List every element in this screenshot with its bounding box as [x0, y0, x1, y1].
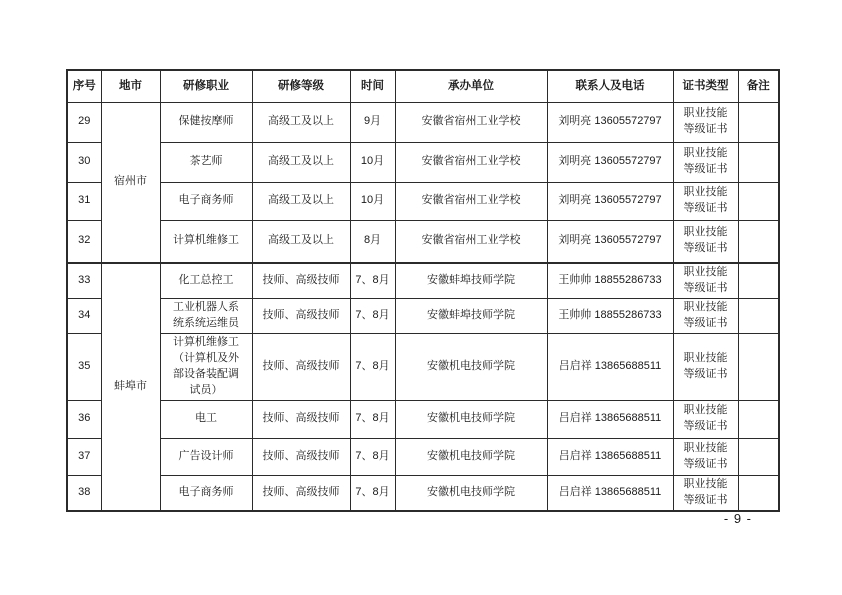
organizer-cell: 安徽省宿州工业学校 [395, 142, 547, 182]
note-cell [738, 220, 779, 263]
table-row: 37广告设计师技师、高级技师7、8月安徽机电技师学院吕启祥 1386568851… [67, 438, 779, 475]
header-note: 备注 [738, 70, 779, 102]
note-cell [738, 263, 779, 298]
contact-cell: 刘明亮 13605572797 [547, 102, 673, 142]
table-row: 36电工技师、高级技师7、8月安徽机电技师学院吕启祥 13865688511职业… [67, 400, 779, 438]
occupation-cell: 电工 [160, 400, 252, 438]
time-cell: 10月 [350, 142, 395, 182]
time-cell: 7、8月 [350, 263, 395, 298]
organizer-cell: 安徽省宿州工业学校 [395, 102, 547, 142]
certificate-type-cell: 职业技能 等级证书 [673, 333, 738, 400]
certificate-type-cell: 职业技能 等级证书 [673, 298, 738, 333]
time-cell: 7、8月 [350, 298, 395, 333]
row-number-cell: 36 [67, 400, 101, 438]
occupation-cell: 计算机维修工 （计算机及外 部设备装配调 试员） [160, 333, 252, 400]
note-cell [738, 438, 779, 475]
note-cell [738, 142, 779, 182]
level-cell: 高级工及以上 [252, 102, 350, 142]
organizer-cell: 安徽省宿州工业学校 [395, 182, 547, 220]
organizer-cell: 安徽机电技师学院 [395, 333, 547, 400]
level-cell: 技师、高级技师 [252, 263, 350, 298]
level-cell: 技师、高级技师 [252, 400, 350, 438]
header-row: 序号 地市 研修职业 研修等级 时间 承办单位 联系人及电话 证书类型 备注 [67, 70, 779, 102]
row-number-cell: 37 [67, 438, 101, 475]
occupation-cell: 计算机维修工 [160, 220, 252, 263]
level-cell: 高级工及以上 [252, 142, 350, 182]
certificate-type-cell: 职业技能 等级证书 [673, 182, 738, 220]
certificate-type-cell: 职业技能 等级证书 [673, 220, 738, 263]
city-cell: 宿州市 [101, 102, 160, 263]
table-header: 序号 地市 研修职业 研修等级 时间 承办单位 联系人及电话 证书类型 备注 [67, 70, 779, 102]
time-cell: 10月 [350, 182, 395, 220]
row-number-cell: 35 [67, 333, 101, 400]
table-row: 33蚌埠市化工总控工技师、高级技师7、8月安徽蚌埠技师学院王帅帅 1885528… [67, 263, 779, 298]
occupation-cell: 化工总控工 [160, 263, 252, 298]
training-schedule-table: 序号 地市 研修职业 研修等级 时间 承办单位 联系人及电话 证书类型 备注 2… [66, 69, 780, 512]
level-cell: 技师、高级技师 [252, 298, 350, 333]
note-cell [738, 333, 779, 400]
certificate-type-cell: 职业技能 等级证书 [673, 475, 738, 510]
table-body: 29宿州市保健按摩师高级工及以上9月安徽省宿州工业学校刘明亮 136055727… [67, 102, 779, 511]
table-row: 30茶艺师高级工及以上10月安徽省宿州工业学校刘明亮 13605572797职业… [67, 142, 779, 182]
time-cell: 7、8月 [350, 400, 395, 438]
header-organizer: 承办单位 [395, 70, 547, 102]
certificate-type-cell: 职业技能 等级证书 [673, 102, 738, 142]
training-schedule-table-wrap: 序号 地市 研修职业 研修等级 时间 承办单位 联系人及电话 证书类型 备注 2… [66, 69, 780, 512]
level-cell: 技师、高级技师 [252, 438, 350, 475]
certificate-type-cell: 职业技能 等级证书 [673, 263, 738, 298]
document-page: 序号 地市 研修职业 研修等级 时间 承办单位 联系人及电话 证书类型 备注 2… [0, 0, 842, 595]
header-time: 时间 [350, 70, 395, 102]
time-cell: 7、8月 [350, 475, 395, 510]
time-cell: 7、8月 [350, 333, 395, 400]
contact-cell: 刘明亮 13605572797 [547, 142, 673, 182]
header-contact: 联系人及电话 [547, 70, 673, 102]
contact-cell: 王帅帅 18855286733 [547, 263, 673, 298]
certificate-type-cell: 职业技能 等级证书 [673, 438, 738, 475]
row-number-cell: 38 [67, 475, 101, 510]
header-level: 研修等级 [252, 70, 350, 102]
header-certificate-type: 证书类型 [673, 70, 738, 102]
note-cell [738, 400, 779, 438]
table-row: 32计算机维修工高级工及以上8月安徽省宿州工业学校刘明亮 13605572797… [67, 220, 779, 263]
certificate-type-cell: 职业技能 等级证书 [673, 400, 738, 438]
occupation-cell: 广告设计师 [160, 438, 252, 475]
occupation-cell: 电子商务师 [160, 475, 252, 510]
occupation-cell: 茶艺师 [160, 142, 252, 182]
table-row: 35计算机维修工 （计算机及外 部设备装配调 试员）技师、高级技师7、8月安徽机… [67, 333, 779, 400]
row-number-cell: 33 [67, 263, 101, 298]
occupation-cell: 工业机器人系 统系统运维员 [160, 298, 252, 333]
note-cell [738, 475, 779, 510]
organizer-cell: 安徽省宿州工业学校 [395, 220, 547, 263]
page-number: - 9 - [724, 511, 752, 526]
organizer-cell: 安徽蚌埠技师学院 [395, 298, 547, 333]
occupation-cell: 电子商务师 [160, 182, 252, 220]
header-city: 地市 [101, 70, 160, 102]
time-cell: 8月 [350, 220, 395, 263]
header-serial-number: 序号 [67, 70, 101, 102]
organizer-cell: 安徽机电技师学院 [395, 438, 547, 475]
row-number-cell: 32 [67, 220, 101, 263]
contact-cell: 刘明亮 13605572797 [547, 182, 673, 220]
organizer-cell: 安徽机电技师学院 [395, 475, 547, 510]
table-row: 34工业机器人系 统系统运维员技师、高级技师7、8月安徽蚌埠技师学院王帅帅 18… [67, 298, 779, 333]
level-cell: 高级工及以上 [252, 182, 350, 220]
row-number-cell: 34 [67, 298, 101, 333]
table-row: 38电子商务师技师、高级技师7、8月安徽机电技师学院吕启祥 1386568851… [67, 475, 779, 510]
row-number-cell: 31 [67, 182, 101, 220]
time-cell: 9月 [350, 102, 395, 142]
note-cell [738, 182, 779, 220]
table-row: 31电子商务师高级工及以上10月安徽省宿州工业学校刘明亮 13605572797… [67, 182, 779, 220]
organizer-cell: 安徽蚌埠技师学院 [395, 263, 547, 298]
row-number-cell: 29 [67, 102, 101, 142]
contact-cell: 王帅帅 18855286733 [547, 298, 673, 333]
level-cell: 技师、高级技师 [252, 475, 350, 510]
organizer-cell: 安徽机电技师学院 [395, 400, 547, 438]
certificate-type-cell: 职业技能 等级证书 [673, 142, 738, 182]
contact-cell: 吕启祥 13865688511 [547, 438, 673, 475]
level-cell: 高级工及以上 [252, 220, 350, 263]
contact-cell: 吕启祥 13865688511 [547, 475, 673, 510]
row-number-cell: 30 [67, 142, 101, 182]
table-row: 29宿州市保健按摩师高级工及以上9月安徽省宿州工业学校刘明亮 136055727… [67, 102, 779, 142]
contact-cell: 刘明亮 13605572797 [547, 220, 673, 263]
time-cell: 7、8月 [350, 438, 395, 475]
contact-cell: 吕启祥 13865688511 [547, 333, 673, 400]
level-cell: 技师、高级技师 [252, 333, 350, 400]
note-cell [738, 102, 779, 142]
header-occupation: 研修职业 [160, 70, 252, 102]
contact-cell: 吕启祥 13865688511 [547, 400, 673, 438]
city-cell: 蚌埠市 [101, 263, 160, 511]
note-cell [738, 298, 779, 333]
occupation-cell: 保健按摩师 [160, 102, 252, 142]
